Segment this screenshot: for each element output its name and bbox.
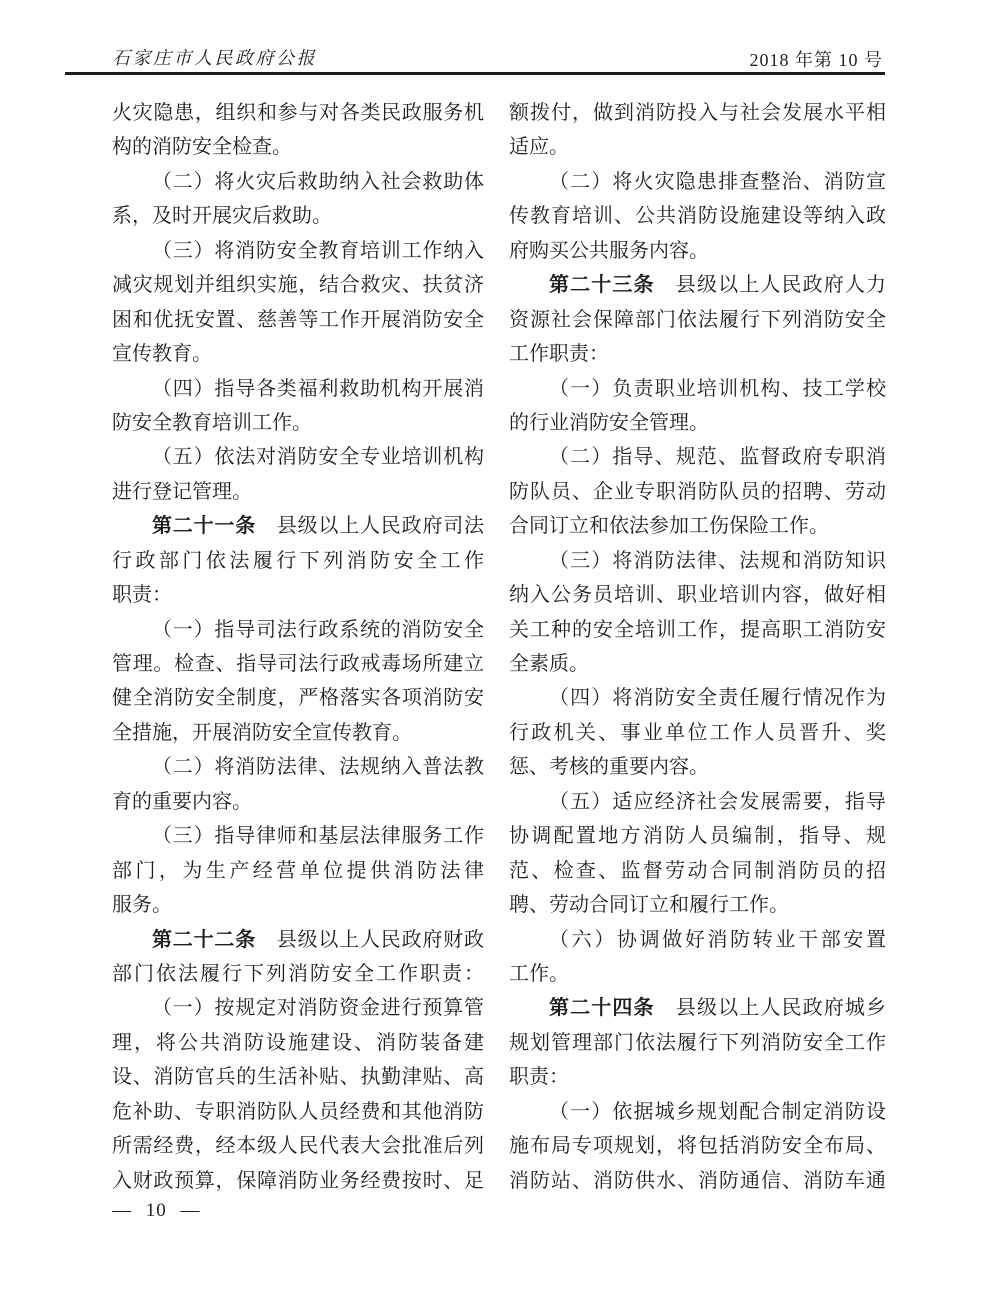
text-line: 第二十三条 县级以上人民政府人力 [509,268,886,302]
text-line: 构的消防安全检查。 [112,130,484,164]
document-page: 石家庄市人民政府公报 2018 年第 10 号 火灾隐患，组织和参与对各类民政服… [0,0,1000,1294]
text-line: 消防站、消防供水、消防通信、消防车通 [509,1164,886,1198]
text-line: 职责： [509,1060,886,1094]
text-line: 施布局专项规划，将包括消防安全布局、 [509,1129,886,1163]
text-line: 部门，为生产经营单位提供消防法律 [112,854,484,888]
text-line: 行政部门依法履行下列消防安全工作 [112,544,484,578]
text-line: （五）适应经济社会发展需要，指导 [509,785,886,819]
article-number: 第二十二条 [152,929,256,951]
text-line: 部门依法履行下列消防安全工作职责： [112,957,484,991]
text-line: 系，及时开展灾后救助。 [112,199,484,233]
text-line: 适应。 [509,130,886,164]
text-line: 全措施，开展消防安全宣传教育。 [112,716,484,750]
text-line: 所需经费，经本级人民代表大会批准后列 [112,1129,484,1163]
text-line: 全素质。 [509,647,886,681]
text-line: 减灾规划并组织实施，结合救灾、扶贫济 [112,268,484,302]
text-line: 范、检查、监督劳动合同制消防员的招 [509,854,886,888]
page-number: — 10 — [112,1200,201,1222]
issue-number: 2018 年第 10 号 [750,46,884,72]
article-number: 第二十一条 [152,515,256,537]
header-rule [65,72,885,75]
text-line: 进行登记管理。 [112,475,484,509]
text-line: （一）按规定对消防资金进行预算管 [112,991,484,1025]
text-line: （五）依法对消防安全专业培训机构 [112,440,484,474]
text-line: 工作。 [509,957,886,991]
text-line: 职责： [112,578,484,612]
text-line: （一）指导司法行政系统的消防安全 [112,613,484,647]
text-line: 管理。检查、指导司法行政戒毒场所建立 [112,647,484,681]
publication-title: 石家庄市人民政府公报 [112,44,317,70]
text-line: （一）负责职业培训机构、技工学校 [509,372,886,406]
text-line: 火灾隐患，组织和参与对各类民政服务机 [112,96,484,130]
text-line: （四）将消防安全责任履行情况作为 [509,681,886,715]
column-right: 额拨付，做到消防投入与社会发展水平相适应。（二）将火灾隐患排查整治、消防宣传教育… [509,96,886,1198]
text-line: （四）指导各类福利救助机构开展消 [112,372,484,406]
text-line: 关工种的安全培训工作，提高职工消防安 [509,613,886,647]
column-left: 火灾隐患，组织和参与对各类民政服务机构的消防安全检查。（二）将火灾后救助纳入社会… [112,96,484,1198]
text-line: 育的重要内容。 [112,785,484,819]
text-line: （三）指导律师和基层法律服务工作 [112,819,484,853]
text-line: 困和优抚安置、慈善等工作开展消防安全 [112,303,484,337]
text-line: （二）将消防法律、法规纳入普法教 [112,750,484,784]
text-line: （六）协调做好消防转业干部安置 [509,923,886,957]
article-number: 第二十三条 [549,274,655,296]
text-line: （二）指导、规范、监督政府专职消 [509,440,886,474]
text-line: 防安全教育培训工作。 [112,406,484,440]
text-line: （一）依据城乡规划配合制定消防设 [509,1095,886,1129]
text-line: 的行业消防安全管理。 [509,406,886,440]
text-line: 惩、考核的重要内容。 [509,750,886,784]
text-line: 健全消防安全制度，严格落实各项消防安 [112,681,484,715]
text-line: 合同订立和依法参加工伤保险工作。 [509,509,886,543]
text-line: 纳入公务员培训、职业培训内容，做好相 [509,578,886,612]
text-line: 工作职责： [509,337,886,371]
text-line: 规划管理部门依法履行下列消防安全工作 [509,1026,886,1060]
text-line: 资源社会保障部门依法履行下列消防安全 [509,303,886,337]
text-line: 聘、劳动合同订立和履行工作。 [509,888,886,922]
text-line: （二）将火灾隐患排查整治、消防宣 [509,165,886,199]
text-line: 第二十二条 县级以上人民政府财政 [112,923,484,957]
text-line: 理，将公共消防设施建设、消防装备建 [112,1026,484,1060]
text-line: （二）将火灾后救助纳入社会救助体 [112,165,484,199]
text-line: 协调配置地方消防人员编制，指导、规 [509,819,886,853]
text-line: 入财政预算，保障消防业务经费按时、足 [112,1164,484,1198]
text-line: 设、消防官兵的生活补贴、执勤津贴、高 [112,1060,484,1094]
text-line: 防队员、企业专职消防队员的招聘、劳动 [509,475,886,509]
text-line: 宣传教育。 [112,337,484,371]
text-line: 行政机关、事业单位工作人员晋升、奖 [509,716,886,750]
article-number: 第二十四条 [549,997,655,1019]
text-line: （三）将消防法律、法规和消防知识 [509,544,886,578]
text-line: （三）将消防安全教育培训工作纳入 [112,234,484,268]
text-line: 府购买公共服务内容。 [509,234,886,268]
text-line: 服务。 [112,888,484,922]
text-line: 第二十一条 县级以上人民政府司法 [112,509,484,543]
text-line: 传教育培训、公共消防设施建设等纳入政 [509,199,886,233]
text-line: 额拨付，做到消防投入与社会发展水平相 [509,96,886,130]
text-line: 第二十四条 县级以上人民政府城乡 [509,991,886,1025]
text-line: 危补助、专职消防队人员经费和其他消防 [112,1095,484,1129]
